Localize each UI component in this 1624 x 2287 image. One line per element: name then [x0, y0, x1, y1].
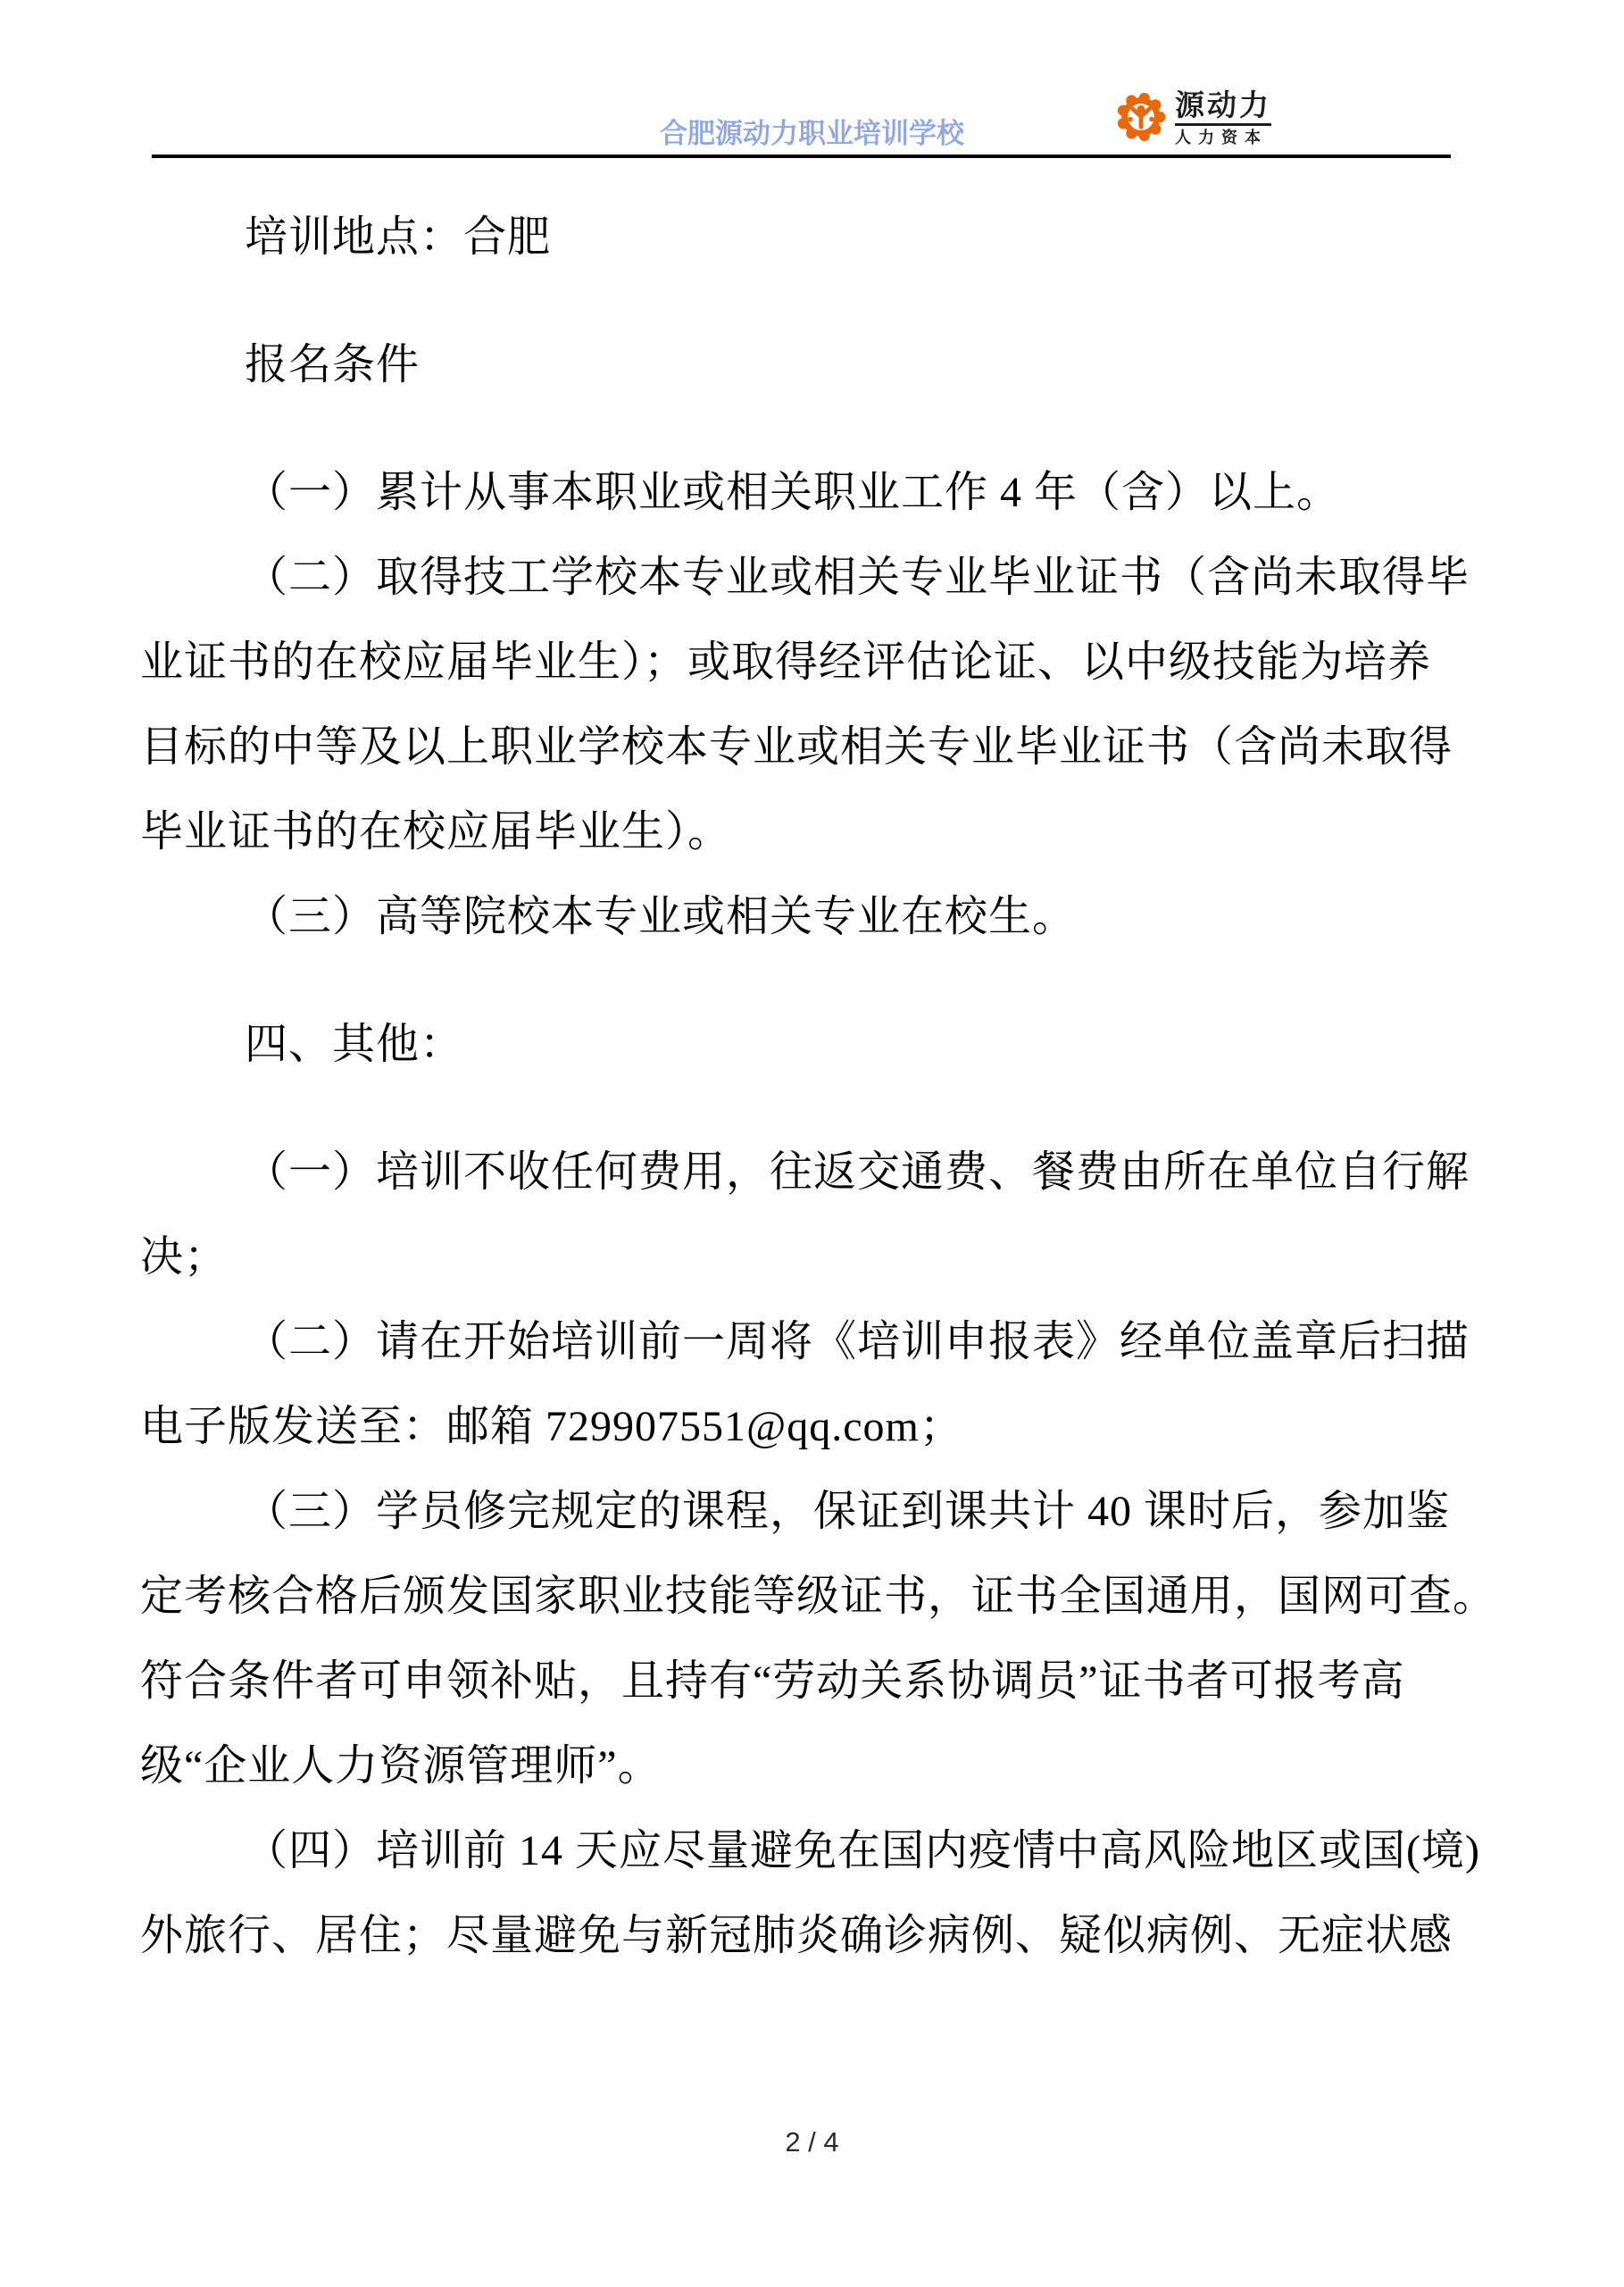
text-line: 定考核合格后颁发国家职业技能等级证书，证书全国通用，国网可查。	[140, 1554, 1479, 1639]
brand-logo: 源动力 人力资本	[1116, 88, 1271, 146]
paragraph: （三）学员修完规定的课程，保证到课共计 40 课时后，参加鉴定考核合格后颁发国家…	[140, 1469, 1479, 1808]
document-body: 培训地点：合肥报名条件（一）累计从事本职业或相关职业工作 4 年（含）以上。（二…	[140, 195, 1479, 1978]
text-line: 外旅行、居住；尽量避免与新冠肺炎确诊病例、疑似病例、无症状感	[140, 1893, 1479, 1978]
paragraph: 报名条件	[140, 322, 1479, 407]
text-line: 决；	[140, 1214, 1479, 1299]
document-page: 合肥源动力职业培训学校	[0, 0, 1624, 2287]
text-line: （二）取得技工学校本专业或相关专业毕业证书（含尚未取得毕	[140, 535, 1479, 620]
header-rule	[152, 154, 1451, 158]
text-line: 四、其他：	[140, 1002, 1479, 1087]
logo-brand-text: 源动力	[1175, 89, 1271, 121]
page-footer: 2 / 4	[0, 2126, 1624, 2158]
logo-divider	[1175, 123, 1271, 126]
text-line: 报名条件	[140, 322, 1479, 407]
text-line: 符合条件者可申领补贴，且持有“劳动关系协调员”证书者可报考高	[140, 1639, 1479, 1724]
paragraph: 四、其他：	[140, 1002, 1479, 1087]
text-line: （三）高等院校本专业或相关专业在校生。	[140, 874, 1479, 959]
text-line: （四）培训前 14 天应尽量避免在国内疫情中高风险地区或国(境)	[140, 1808, 1479, 1893]
text-line: （三）学员修完规定的课程，保证到课共计 40 课时后，参加鉴	[140, 1469, 1479, 1554]
text-line: （一）累计从事本职业或相关职业工作 4 年（含）以上。	[140, 450, 1479, 535]
logo-subtitle: 人力资本	[1175, 129, 1271, 146]
text-line: 毕业证书的在校应届毕业生）。	[140, 789, 1479, 874]
paragraph: （四）培训前 14 天应尽量避免在国内疫情中高风险地区或国(境)外旅行、居住；尽…	[140, 1808, 1479, 1978]
paragraph: （一）累计从事本职业或相关职业工作 4 年（含）以上。	[140, 450, 1479, 535]
logo-text-block: 源动力 人力资本	[1175, 88, 1271, 146]
text-line: 级“企业人力资源管理师”。	[140, 1724, 1479, 1808]
paragraph: （一）培训不收任何费用，往返交通费、餐费由所在单位自行解决；	[140, 1130, 1479, 1299]
text-line: （一）培训不收任何费用，往返交通费、餐费由所在单位自行解	[140, 1130, 1479, 1214]
text-line: 电子版发送至：邮箱 729907551@qq.com；	[140, 1384, 1479, 1469]
header-school-name: 合肥源动力职业培训学校	[0, 117, 1624, 151]
text-line: 目标的中等及以上职业学校本专业或相关专业毕业证书（含尚未取得	[140, 705, 1479, 789]
paragraph: 培训地点：合肥	[140, 195, 1479, 280]
paragraph: （二）请在开始培训前一周将《培训申报表》经单位盖章后扫描电子版发送至：邮箱 72…	[140, 1299, 1479, 1469]
text-line: 培训地点：合肥	[140, 195, 1479, 280]
text-line: （二）请在开始培训前一周将《培训申报表》经单位盖章后扫描	[140, 1299, 1479, 1384]
paragraph: （二）取得技工学校本专业或相关专业毕业证书（含尚未取得毕业证书的在校应届毕业生）…	[140, 535, 1479, 874]
gear-person-icon	[1116, 88, 1166, 146]
text-line: 业证书的在校应届毕业生）；或取得经评估论证、以中级技能为培养	[140, 620, 1479, 705]
page-number: 2 / 4	[785, 2126, 838, 2158]
paragraph: （三）高等院校本专业或相关专业在校生。	[140, 874, 1479, 959]
